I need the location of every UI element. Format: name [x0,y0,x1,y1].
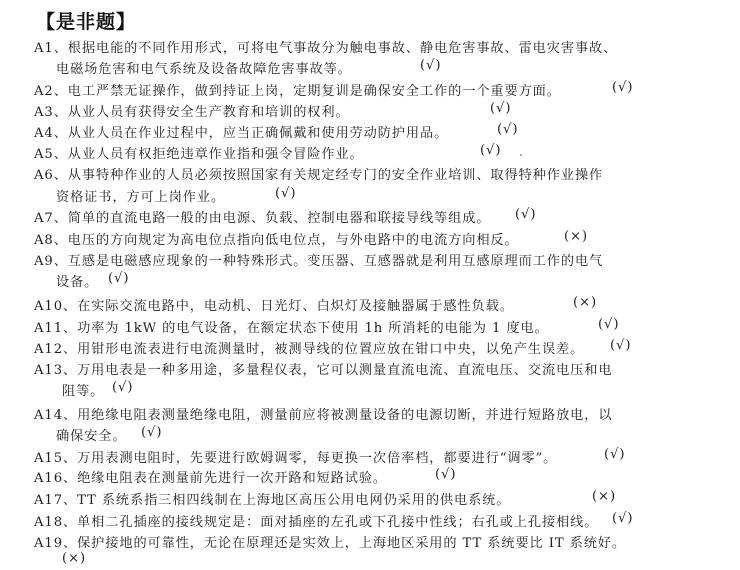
item-a14-line1: A14、用绝缘电阻表测量绝缘电阻，测量前应将被测量设备的电源切断，并进行短路放电… [34,404,612,423]
item-a9-line1: A9、互感是电磁感应现象的一种特殊形式。变压器、互感器就是利用互感原理而工作的电… [34,250,603,269]
item-a7-text: A7、简单的直流电路一般的由电源、负载、控制电器和联接导线等组成。 [34,207,490,226]
item-a4-answer: (√) [497,122,518,137]
item-a15-answer: (√) [604,447,625,462]
item-a19-answer: (×) [62,551,86,566]
item-a12-answer: (√) [610,338,631,353]
item-a7-answer: (√) [515,207,536,222]
section-title: 【是非题】 [36,7,136,34]
item-a8-answer: (×) [564,229,588,244]
item-a6-line1: A6、从事特种作业的人员必须按照国家有关规定经专门的安全作业培训、取得特种作业操… [34,164,603,183]
item-a6-answer: (√) [275,186,296,201]
item-a11-answer: (√) [598,317,619,332]
document-page: 【是非题】 A1、根据电能的不同作用形式，可将电气事故分为触电事故、静电危害事故… [0,0,740,570]
item-a2-answer: (√) [612,80,633,95]
item-a14-line2: 确保安全。 [56,425,126,444]
item-a8-text: A8、电压的方向规定为高电位点指向低电位点，与外电路中的电流方向相反。 [34,229,519,248]
item-a3-answer: (√) [490,101,511,116]
scan-speck [520,154,522,156]
item-a13-line1: A13、万用电表是一种多用途，多量程仪表，它可以测量直流电流、直流电压、交流电压… [34,359,612,378]
item-a1-answer: (√) [420,58,441,73]
item-a13-line2: 阻等。 [62,380,104,399]
item-a13-answer: (√) [112,380,133,395]
item-a5-text: A5、从业人员有权拒绝违章作业指和强令冒险作业。 [34,143,364,162]
item-a19-text: A19、保护接地的可靠性，无论在原理还是实效上，上海地区采用的 TT 系统要比 … [34,532,626,551]
item-a17-answer: (×) [592,489,616,504]
item-a2-text: A2、电工严禁无证操作，做到持证上岗，定期复训是确保安全工作的一个重要方面。 [34,80,561,99]
item-a16-answer: (√) [435,467,456,482]
item-a4-text: A4、从业人员在作业过程中，应当正确佩戴和使用劳动防护用品。 [34,122,448,141]
item-a3-text: A3、从业人员有获得安全生产教育和培训的权利。 [34,101,350,120]
item-a6-line2: 资格证书，方可上岗作业。 [56,186,225,205]
item-a18-text: A18、单相二孔插座的接线规定是：面对插座的左孔或下孔接中性线；右孔或上孔接相线… [34,511,598,530]
item-a5-answer: (√) [480,143,501,158]
item-a1-line2: 电磁场危害和电气系统及设备故障危害事故等。 [56,58,352,77]
item-a16-text: A16、绝缘电阻表在测量前先进行一次开路和短路试验。 [34,467,387,486]
item-a11-text: A11、功率为 1kW 的电气设备，在额定状态下使用 1h 所消耗的电能为 1 … [34,317,549,336]
item-a14-answer: (√) [141,425,162,440]
item-a15-text: A15、万用表测电阻时，先要进行欧姆调零，每更换一次倍率档，都要进行“调零”。 [34,447,557,466]
item-a12-text: A12、用钳形电流表进行电流测量时，被测导线的位置应放在钳口中央，以免产生误差。 [34,338,584,357]
item-a9-line2: 设备。 [56,271,98,290]
item-a10-text: A10、在实际交流电路中，电动机、日光灯、白炽灯及接触器属于感性负载。 [34,295,514,314]
item-a9-answer: (√) [108,271,129,286]
item-a1-line1: A1、根据电能的不同作用形式，可将电气事故分为触电事故、静电危害事故、雷电灾害事… [34,37,617,56]
item-a17-text: A17、TT 系统系指三相四线制在上海地区高压公用电网仍采用的供电系统。 [34,489,510,508]
item-a10-answer: (×) [573,295,597,310]
item-a18-answer: (√) [612,511,633,526]
